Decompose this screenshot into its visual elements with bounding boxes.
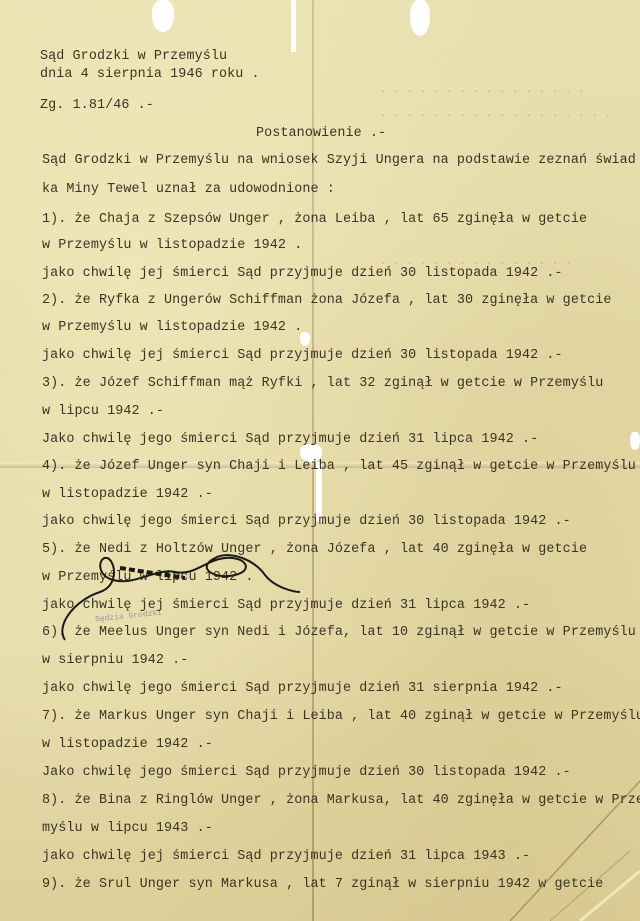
entry-6-line2: w sierpniu 1942 .- (42, 653, 188, 668)
document-date: dnia 4 sierpnia 1946 roku . (40, 67, 260, 82)
paper-tear (152, 0, 174, 32)
court-name: Sąd Grodzki w Przemyślu (40, 49, 227, 64)
entry-4-death: jako chwilę jego śmierci Sąd przyjmuje d… (42, 514, 571, 529)
handwritten-signature (55, 530, 315, 650)
paper-crease (450, 761, 640, 921)
document-page: . . . . . . . . . . . . . . . . . . . . … (0, 0, 640, 921)
entry-3-line2: w lipcu 1942 .- (42, 404, 164, 419)
paper-tear (630, 432, 640, 450)
entry-7-line1: 7). że Markus Unger syn Chaji i Leiba , … (42, 709, 640, 724)
bleed-through-text: . . . . . . . . . . . . . . . . . . (380, 108, 611, 120)
bleed-through-text: . . . . . . . . . . . . . . . . (380, 84, 585, 96)
entry-4-line2: w listopadzie 1942 .- (42, 487, 213, 502)
entry-2-death: jako chwilę jej śmierci Sąd przyjmuje dz… (42, 348, 563, 363)
entry-6-death: jako chwilę jego śmierci Sąd przyjmuje d… (42, 681, 563, 696)
intro-text: Sąd Grodzki w Przemyślu na wniosek Szyji… (42, 153, 636, 168)
paper-tear (291, 0, 296, 52)
entry-3-death: Jako chwilę jego śmierci Sąd przyjmuje d… (42, 432, 538, 447)
entry-2-line1: 2). że Ryfka z Ungerów Schiffman żona Jó… (42, 293, 612, 308)
entry-3-line1: 3). że Józef Schiffman mąż Ryfki , lat 3… (42, 376, 603, 391)
case-number: Zg. 1.81/46 .- (40, 98, 154, 113)
entry-1-line2: w Przemyślu w listopadzie 1942 . (42, 238, 302, 253)
entry-7-line2: w listopadzie 1942 .- (42, 737, 213, 752)
entry-8-line2: myślu w lipcu 1943 .- (42, 821, 213, 836)
document-title: Postanowienie .- (256, 126, 386, 141)
entry-1-death: jako chwilę jej śmierci Sąd przyjmuje dz… (42, 266, 563, 281)
intro-text: ka Miny Tewel uznał za udowodnione : (42, 182, 335, 197)
entry-1-line1: 1). że Chaja z Szepsów Unger , żona Leib… (42, 212, 587, 227)
paper-tear (410, 0, 430, 36)
entry-2-line2: w Przemyślu w listopadzie 1942 . (42, 320, 302, 335)
entry-4-line1: 4). że Józef Unger syn Chaji i Leiba , l… (42, 459, 636, 474)
